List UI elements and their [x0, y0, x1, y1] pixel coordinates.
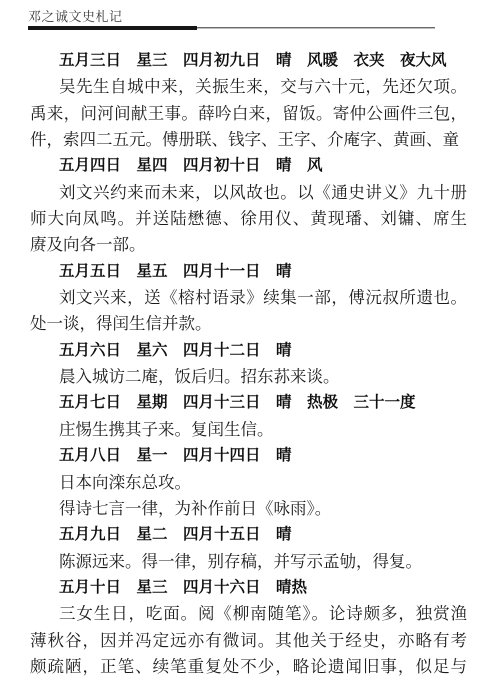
- diary-date-heading: 五月三日 星三 四月初九日 晴 风暖 衣夹 夜大风: [30, 48, 467, 74]
- diary-date-heading: 五月四日 星四 四月初十日 晴 风: [30, 153, 467, 179]
- diary-date-heading: 五月七日 星期 四月十三日 晴 热极 三十一度: [30, 390, 467, 416]
- diary-line: 庄惕生携其子来。复闰生信。: [30, 417, 467, 443]
- header-divider: [28, 26, 435, 30]
- diary-line: 吴先生自城中来，关振生来，交与六十元，先还欠项。邓嗣: [30, 74, 467, 100]
- diary-line: 刘文兴约来而未来，以风故也。以《通史讲义》九十册送交: [30, 180, 467, 206]
- diary-date-heading: 五月十日 星三 四月十六日 晴热: [30, 575, 467, 601]
- diary-line: 赓及向各一部。: [30, 232, 467, 258]
- diary-line: 三女生日，吃面。阅《柳南随笔》。论诗颇多，独赏渔洋，而: [30, 601, 467, 627]
- diary-line: 日本向滦东总攻。: [30, 470, 467, 496]
- diary-line: 禹来，问河间献王事。薛吟白来，留饭。寄仲公画件三包，六: [30, 101, 467, 127]
- diary-line: 薄秋谷，因并冯定远亦有微词。其他关于经史，亦略有考证，: [30, 628, 467, 654]
- diary-line: 师大向凤鸣。并送陆懋德、徐用仪、黄现璠、刘镛、席生厚、柴德: [30, 206, 467, 232]
- diary-date-heading: 五月九日 星二 四月十五日 晴: [30, 522, 467, 548]
- diary-date-heading: 五月六日 星六 四月十二日 晴: [30, 338, 467, 364]
- diary-line: 陈源远来。得一律，别存稿，并写示孟劬，得复。: [30, 549, 467, 575]
- diary-text-block: 五月三日 星三 四月初九日 晴 风暖 衣夹 夜大风 吴先生自城中来，关振生来，交…: [30, 48, 467, 680]
- diary-date-heading: 五月八日 星一 四月十四日 晴: [30, 443, 467, 469]
- diary-date-heading: 五月五日 星五 四月十一日 晴: [30, 259, 467, 285]
- diary-line: 处一谈，得闰生信并款。: [30, 311, 467, 337]
- running-header-title: 邓之诚文史札记: [28, 6, 123, 25]
- book-page: { "header": { "title": "邓之诚文史札记" }, "col…: [0, 0, 497, 686]
- header-divider-thick-segment: [28, 26, 197, 30]
- diary-line: 件，索四二五元。傅册联、钱字、王字、介庵字、黄画、童画。: [30, 127, 467, 153]
- diary-line: 颇疏陋，正笔、续笔重复处不少，略论遗闻旧事，似足与《茶余客: [30, 654, 467, 680]
- diary-line: 刘文兴来，送《榕村语录》续集一部，傅沅叔所遗也。孟劬: [30, 285, 467, 311]
- diary-line: 晨入城访二庵，饭后归。招东荪来谈。: [30, 364, 467, 390]
- diary-line: 得诗七言一律，为补作前日《咏雨》。: [30, 496, 467, 522]
- header-divider-thin-segment: [197, 27, 435, 30]
